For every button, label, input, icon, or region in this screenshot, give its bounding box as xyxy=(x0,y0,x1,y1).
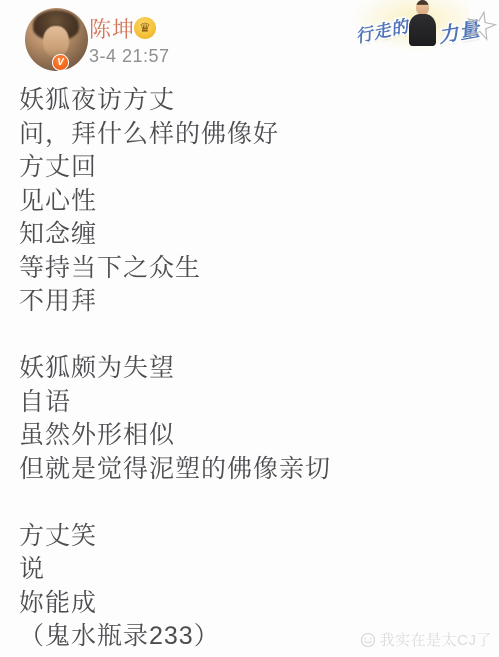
post-line: 知念缠 xyxy=(19,218,479,252)
post-line: 方丈笑 xyxy=(19,520,479,554)
watermark: 我实在是太CJ了 xyxy=(360,629,492,650)
post-line: 说 xyxy=(19,553,479,587)
watermark-text: 我实在是太CJ了 xyxy=(380,629,492,650)
post-line: 见心性 xyxy=(19,185,479,219)
post-line: 自语 xyxy=(19,386,479,420)
post-line-blank xyxy=(19,486,479,520)
sticker-person-figure xyxy=(407,0,437,46)
weibo-post-screenshot: V 陈坤 ♛ 3-4 21:57 行走的 力量 ☆ 妖狐夜访方丈 问，拜什么样的… xyxy=(0,0,499,657)
figure-body xyxy=(409,14,436,46)
vip-crown-icon: ♛ xyxy=(134,17,156,39)
avatar[interactable]: V xyxy=(25,8,88,71)
post-line: 不用拜 xyxy=(19,285,479,319)
post-line: 但就是觉得泥塑的佛像亲切 xyxy=(19,453,479,487)
post-line-blank xyxy=(19,319,479,353)
figure-head xyxy=(416,0,429,15)
post-line: 妖狐夜访方丈 xyxy=(19,84,479,118)
post-timestamp: 3-4 21:57 xyxy=(89,46,170,67)
star-outline-icon: ☆ xyxy=(459,3,499,50)
post-line: 妖狐颇为失望 xyxy=(19,352,479,386)
smiley-icon xyxy=(360,632,376,648)
walking-power-sticker: 行走的 力量 ☆ xyxy=(350,0,499,54)
verified-v-icon: V xyxy=(52,54,69,71)
post-line: 方丈回 xyxy=(19,151,479,185)
avatar-face xyxy=(43,26,69,58)
post-line: 问，拜什么样的佛像好 xyxy=(19,118,479,152)
post-line: 虽然外形相似 xyxy=(19,419,479,453)
post-line: 等持当下之众生 xyxy=(19,252,479,286)
username[interactable]: 陈坤 xyxy=(89,13,135,44)
post-text: 妖狐夜访方丈 问，拜什么样的佛像好 方丈回 见心性 知念缠 等持当下之众生 不用… xyxy=(19,84,479,654)
post-line: 妳能成 xyxy=(19,587,479,621)
